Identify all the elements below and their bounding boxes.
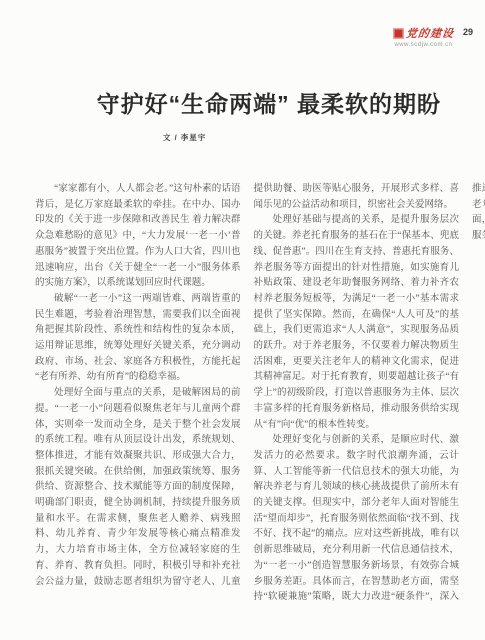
byline: 文 / 李星宇: [163, 132, 206, 143]
article-paragraph: 处理好基础与提高的关系，是提升服务层次的关键。养老托育服务的基石在于“保基本、兜…: [254, 213, 460, 433]
article-paragraph: 破解“一老一小”这一两端皆难、两端皆重的民生难题，考验着治理智慧，需要我们以全面…: [35, 292, 241, 386]
magazine-logo: 党的建设 www.scdjw.com.cn: [393, 25, 454, 48]
article-body: “家家都有小，人人都会老。”这句朴素的话语背后，是亿万家庭最柔软的牵挂。在中办、…: [35, 182, 459, 610]
magazine-logo-text: 党的建设: [405, 25, 455, 41]
magazine-page: 党的建设 www.scdjw.com.cn 29 守护好“生命两端” 最柔软的期…: [0, 0, 485, 640]
title-block: 守护好“生命两端” 最柔软的期盼: [35, 86, 441, 119]
page-number: 29: [463, 27, 473, 37]
article-paragraph: “家家都有小，人人都会老。”这句朴素的话语背后，是亿万家庭最柔软的牵挂。在中办、…: [35, 182, 241, 292]
masthead: 党的建设 www.scdjw.com.cn 29: [393, 25, 473, 48]
magazine-seal-icon: [393, 28, 404, 39]
magazine-url: www.scdjw.com.cn: [394, 42, 452, 48]
article-title: 守护好“生命两端” 最柔软的期盼: [35, 86, 441, 119]
